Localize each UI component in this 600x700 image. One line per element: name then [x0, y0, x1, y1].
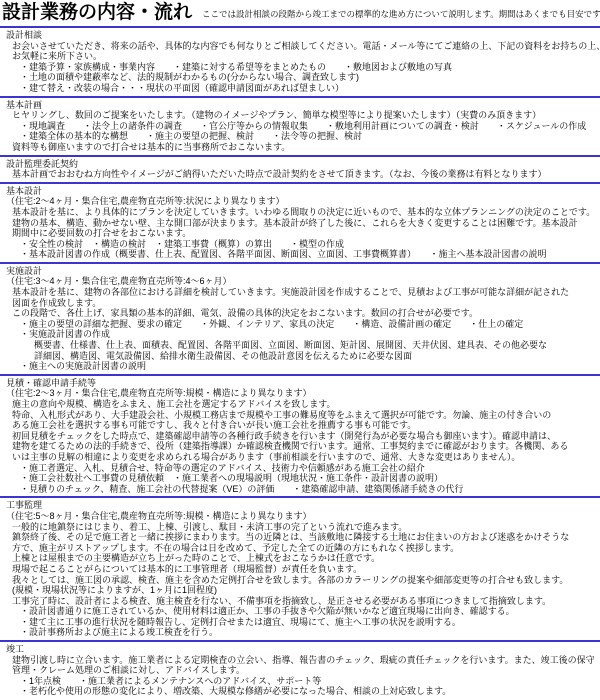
- text-line: ・安全性の検討 ・構造の検討 ・建築工事費（概算）の算出 ・模型の作成: [0, 239, 600, 250]
- section-divider: [0, 640, 600, 642]
- text-line: 建物を建てるための法的手続きで、役所（建築指導課）か確認検査機関で行います。通常…: [0, 441, 600, 452]
- text-line: いは主事の見解の相違により変更を求められる場合があります（事前相談を行いますので…: [0, 452, 600, 463]
- text-line: 現場で起こることがらについては基本的に工事管理者（現場監督）が責任を負います。: [0, 564, 600, 575]
- section-divider: [0, 262, 600, 264]
- text-line: ・老朽化や使用の形態の変化により、増改築、大規模な修繕が必要になった場合、相談の…: [0, 686, 600, 697]
- text-line: 建物の基本、構造、動かせない壁、主な開口部が決まります。基本設計が終了した後に、…: [0, 218, 600, 229]
- text-line: ・建て替え・改装の場合・・・現状の平面図（確認申請図面があれば望ましい）: [0, 83, 600, 94]
- text-line: 概要書、仕様書、仕上表、面積表、配置図、各階平面図、立面図、断面図、矩計図、展開…: [0, 340, 600, 351]
- section-heading: 実施設計: [0, 266, 600, 277]
- text-line: 初回見積をチェックをした時点で、建築確認申請等の各種行政手続きを行います（開発行…: [0, 431, 600, 442]
- text-line: ・建築予算・家族構成・事業内容 ・建築に対する希望等をまとめたもの ・敷地図およ…: [0, 62, 600, 73]
- text-line: 方で、施主がリストアップします。不在の場合は日を改めて、予定した全ての近隣の方に…: [0, 543, 600, 554]
- text-line: お気軽に来所下さい。: [0, 51, 600, 62]
- section-heading: 設計相談: [0, 30, 600, 41]
- text-line: 資料等も御座いますので打合せは基本的に当事務所でおこないます。: [0, 142, 600, 153]
- text-line: （住宅:2～3ヶ月・集合住宅,農産物直売所等:規模・構造により異なります）: [0, 388, 600, 399]
- text-line: ・土地の面積や建蔽率など、法的規制がわかるもの(分からない場合、調査致します): [0, 72, 600, 83]
- text-line: ・1年点検 ・施工業者によるメンテナンスへのアドバイス、サポート等: [0, 676, 600, 687]
- text-line: お会いさせていただき、将来の話や、具体的な内容でも何なりとご相談してください。電…: [0, 41, 600, 52]
- section-heading: 工事監理: [0, 500, 600, 511]
- text-line: ・設計事務所および施主による竣工検査を行う。: [0, 627, 600, 638]
- section-divider: [0, 96, 600, 98]
- text-line: 上棟とは屋根までの主要構造が立ち上がった時のことで、上棟式をおこなうかは任意です…: [0, 553, 600, 564]
- text-line: 一般的に地鎮祭にはじまり、着工、上棟、引渡し、駄目・未済工事の完了という流れで進…: [0, 522, 600, 533]
- text-line: この段階で、各仕上げ、家具類の基本的詳細、電気、設備の具体的決定をおこないます。…: [0, 308, 600, 319]
- document-body: 設計相談お会いさせていただき、将来の話や、具体的な内容でも何なりとご相談してくだ…: [0, 26, 600, 697]
- text-line: 我々としては、施工図の承認、検査、施主を含めた定例打合せを致します。各部のカラー…: [0, 575, 600, 586]
- section-divider: [0, 155, 600, 157]
- text-line: 基本計画でおおむね方向性やイメージがご納得いただいた時点で設計契約をさせて頂きま…: [0, 169, 600, 180]
- section-divider: [0, 496, 600, 498]
- section-heading: 設計監理委託契約: [0, 159, 600, 170]
- section-heading: 基本設計: [0, 186, 600, 197]
- text-line: 詳細図、構造図、電気設備図、給排水衛生設備図、その他設計意図を伝えるために必要な…: [0, 351, 600, 362]
- text-line: ・建て主に工事の進行状況を随時報告し、定例打合せまたは適宜、現場にて、施主へ工事…: [0, 617, 600, 628]
- text-line: ・実施設計図書の作成: [0, 329, 600, 340]
- text-line: 工事完了時に、設計者による検査、施主検査を行ない、不備事項を指摘致し、是正させる…: [0, 596, 600, 607]
- text-line: ・見積りのチェック、精査、施工会社の代替提案（VE）の評価 ・建築確認申請、建築…: [0, 484, 600, 495]
- text-line: 建物引渡し時に立合います。施工業者による定期検査の立会い、指導、報告書のチェック…: [0, 655, 600, 666]
- title-bar: 設計業務の内容・流れ ここでは設計相談の段階から竣工までの標準的な進め方について…: [0, 0, 600, 24]
- text-line: 図面を作成致します。: [0, 298, 600, 309]
- text-line: 施主の意向や規模、構造をふまえ、施工会社を選定するアドバイスを致します。: [0, 399, 600, 410]
- text-line: 管理・クレーム処理のご相談に対し、アドバイスします。: [0, 665, 600, 676]
- section-divider: [0, 374, 600, 376]
- section-divider: [0, 182, 600, 184]
- text-line: 基本設計を基に、建物の各部位における詳細を検討していきます。実施設計図を作成する…: [0, 287, 600, 298]
- section-heading: 竣工: [0, 644, 600, 655]
- section-heading: 見積・確認申請手続等: [0, 378, 600, 389]
- text-line: 鎮祭終了後、その足で施工者と一緒に挨拶にまわります。当の近隣とは、当該敷地に隣接…: [0, 532, 600, 543]
- text-line: ・施主の要望の詳細な把握、要求の確定 ・外観、インテリア、家具の決定 ・構造、設…: [0, 319, 600, 330]
- text-line: ・基本設計図書の作成（概要書、仕上表、配置図、各階平面図、断面図、立面図、工事費…: [0, 249, 600, 260]
- text-line: 期間中に必要回数の打合せをおこないます。: [0, 228, 600, 239]
- text-line: ・施工会社数社へ工事費の見積依頼 ・施工業者への現場説明（現地状況・施工条件・設…: [0, 473, 600, 484]
- text-line: ある施工会社を選択する事も可能ですし、我々と付き合いが長い施工会社を推薦する事も…: [0, 420, 600, 431]
- text-line: （住宅:5～8ヶ月・集合住宅,農産物直売所等:規模・構造により異なります）: [0, 511, 600, 522]
- page-subtitle: ここでは設計相談の段階から竣工までの標準的な進め方について説明します。期間はあく…: [202, 8, 600, 24]
- text-line: ・設計図書通りに施工されているか、使用材料は適正か、工事の手抜きや欠陥が無いかな…: [0, 606, 600, 617]
- text-line: (規模・現場状況等によりますが、1ヶ月に1回程度): [0, 585, 600, 596]
- section-heading: 基本計画: [0, 100, 600, 111]
- text-line: （住宅:3～4ヶ月・集合住宅,農産物直売所等:4～6ヶ月）: [0, 276, 600, 287]
- page-title: 設計業務の内容・流れ: [2, 2, 192, 24]
- text-line: ・施主への実施設計図書の説明: [0, 361, 600, 372]
- text-line: ・施工者選定、入札、見積合せ、特命等の選定のアドバイス、技術力や信頼感がある施工…: [0, 463, 600, 474]
- text-line: ・建築全体の基本的な構想 ・施主の要望の把握、検討 ・法令等の把握、検討: [0, 131, 600, 142]
- text-line: 特命、入札形式があり、大手建設会社、小規模工務店まで規模や工事の難易度等をふまえ…: [0, 410, 600, 421]
- section-divider: [0, 26, 600, 28]
- text-line: ・現地調査 ・法令上の諸条件の調査 ・官公庁等からの情報収集 ・敷地利用計画につ…: [0, 121, 600, 132]
- text-line: 基本設計を基に、より具体的にプランを決定していきます。いわゆる間取りの決定に近い…: [0, 207, 600, 218]
- text-line: ヒヤリングし、数回のご提案をいたします。（建物のイメージやプラン、簡単な模型等に…: [0, 110, 600, 121]
- text-line: （住宅:2～4ヶ月・集合住宅,農産物直売所等:状況により異なります）: [0, 196, 600, 207]
